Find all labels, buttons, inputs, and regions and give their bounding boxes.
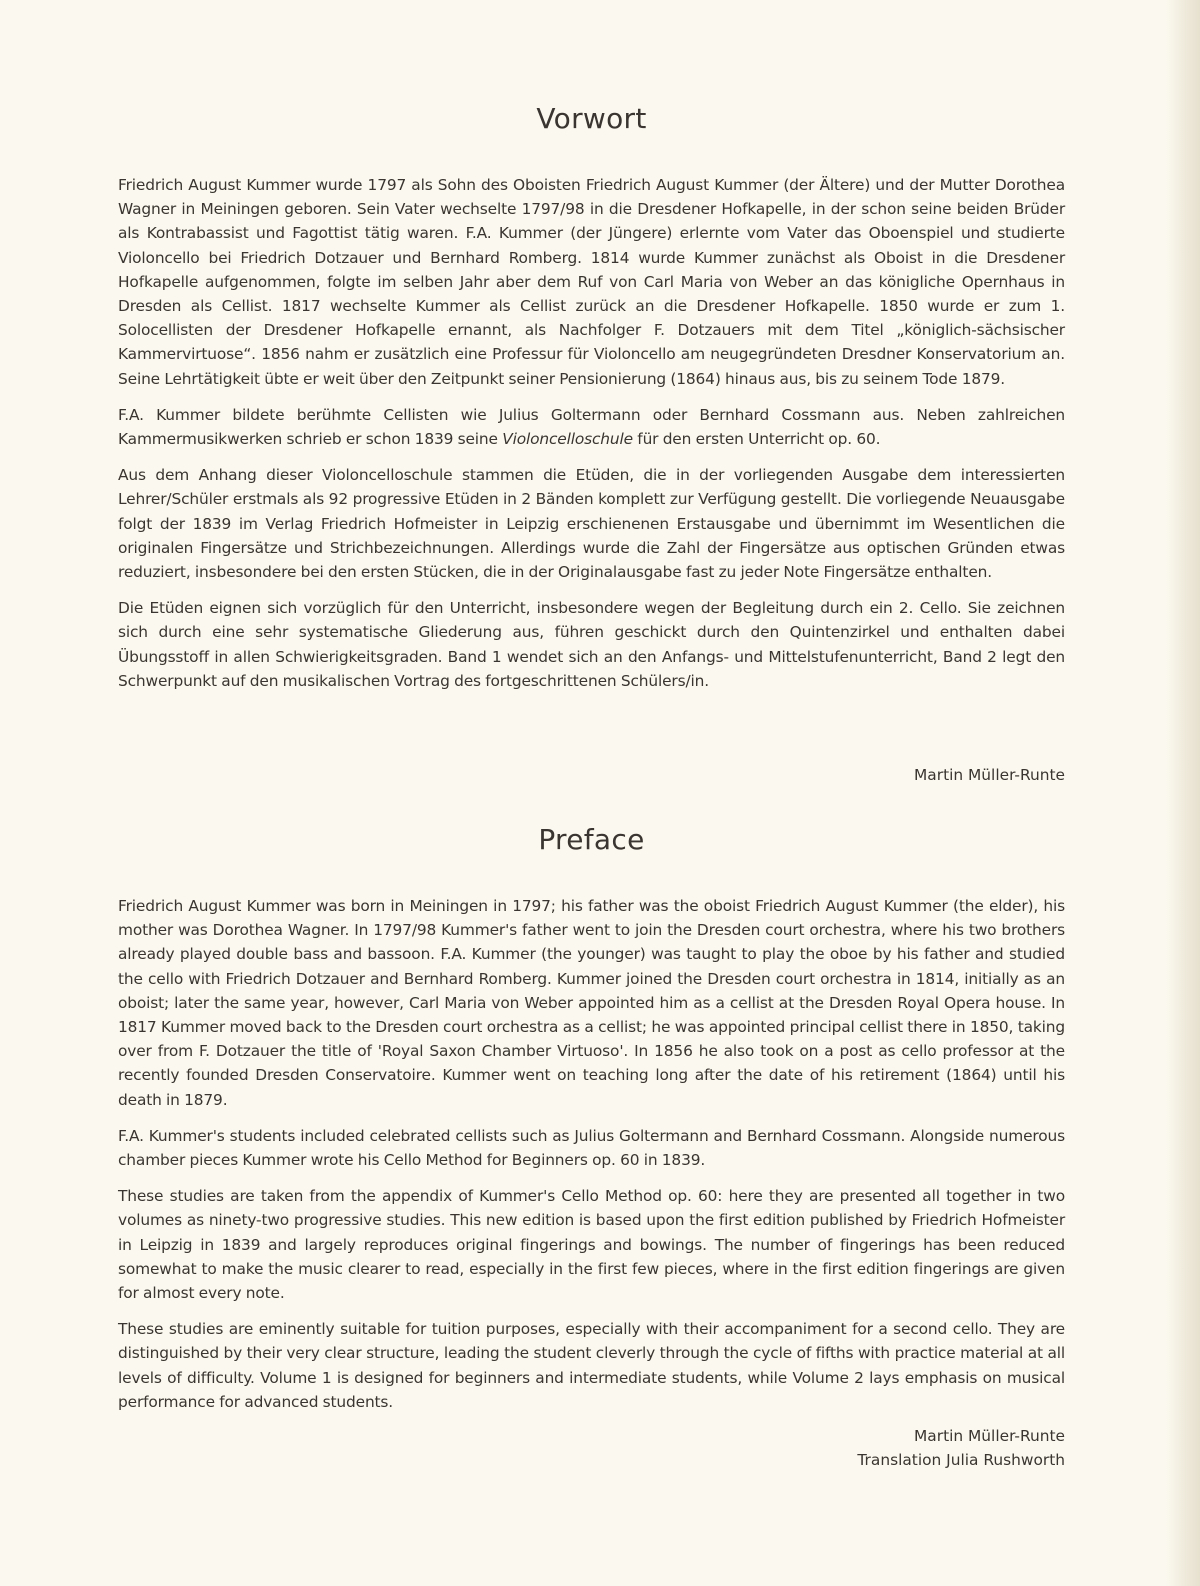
vorwort-paragraph-2-italic-title: Violoncelloschule bbox=[502, 430, 633, 448]
preface-paragraph-2: F.A. Kummer's students included celebrat… bbox=[118, 1124, 1065, 1172]
vorwort-paragraph-2: F.A. Kummer bildete berühmte Cellisten w… bbox=[118, 403, 1065, 451]
vorwort-body: Friedrich August Kummer wurde 1797 als S… bbox=[118, 173, 1065, 705]
preface-body: Friedrich August Kummer was born in Mein… bbox=[118, 894, 1065, 1426]
page-gutter-shadow bbox=[1166, 0, 1200, 1586]
section-title-preface: Preface bbox=[118, 823, 1065, 856]
vorwort-paragraph-4: Die Etüden eignen sich vorzüglich für de… bbox=[118, 596, 1065, 693]
vorwort-signature: Martin Müller-Runte bbox=[914, 763, 1065, 787]
preface-paragraph-1: Friedrich August Kummer was born in Mein… bbox=[118, 894, 1065, 1112]
translation-credit: Translation Julia Rushworth bbox=[857, 1448, 1065, 1472]
preface-signature: Martin Müller-Runte Translation Julia Ru… bbox=[857, 1424, 1065, 1472]
vorwort-paragraph-1: Friedrich August Kummer wurde 1797 als S… bbox=[118, 173, 1065, 391]
vorwort-paragraph-3: Aus dem Anhang dieser Violoncelloschule … bbox=[118, 463, 1065, 584]
preface-paragraph-4: These studies are eminently suitable for… bbox=[118, 1317, 1065, 1414]
section-title-vorwort: Vorwort bbox=[118, 102, 1065, 135]
vorwort-author: Martin Müller-Runte bbox=[914, 763, 1065, 787]
vorwort-paragraph-2-text-after: für den ersten Unterricht op. 60. bbox=[633, 430, 880, 448]
preface-paragraph-3: These studies are taken from the appendi… bbox=[118, 1184, 1065, 1305]
preface-author: Martin Müller-Runte bbox=[857, 1424, 1065, 1448]
